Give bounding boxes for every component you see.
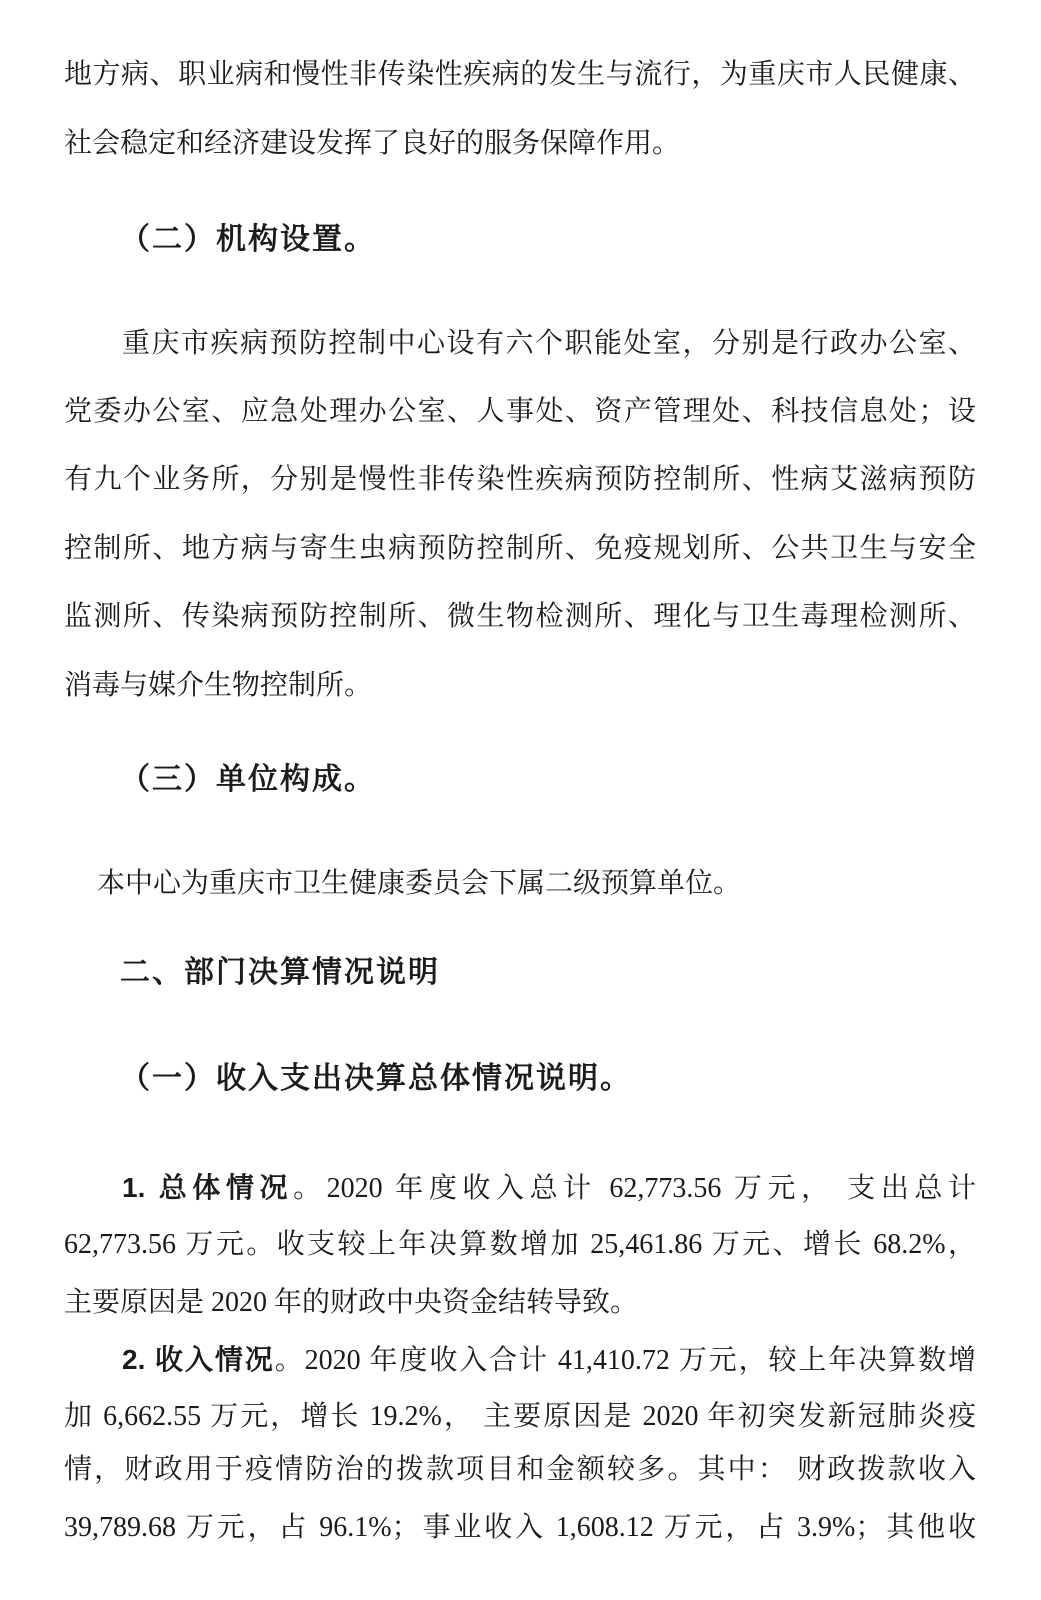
para-revenue-line: 加 6,662.55 万元，增长 19.2%， 主要原因是 2020 年初突发新…	[64, 1399, 976, 1435]
para-overall-line: 主要原因是 2020 年的财政中央资金结转导致。	[64, 1285, 976, 1321]
para-revenue-line: 情，财政用于疫情防治的拨款项目和金额较多。其中： 财政拨款收入	[64, 1452, 976, 1488]
para-org-line: 党委办公室、应急处理办公室、人事处、资产管理处、科技信息处；设	[64, 394, 976, 430]
para-revenue-line: 2. 收入情况。2020 年度收入合计 41,410.72 万元，较上年决算数增	[64, 1342, 976, 1379]
para-org-line: 有九个业务所，分别是慢性非传染性疾病预防控制所、性病艾滋病预防	[64, 462, 976, 498]
heading-org-setup: （二）机构设置。	[64, 222, 976, 258]
overall-situation-label: 1. 总体情况	[122, 1172, 293, 1203]
document-page: 地方病、职业病和慢性非传染性疾病的发生与流行，为重庆市人民健康、 社会稳定和经济…	[0, 0, 1041, 1600]
para-org-line: 消毒与媒介生物控制所。	[64, 668, 976, 704]
para-overall-line: 62,773.56 万元。收支较上年决算数增加 25,461.86 万元、增长 …	[64, 1227, 976, 1263]
heading-revenue-expenditure-overview: （一）收入支出决算总体情况说明。	[64, 1061, 976, 1097]
para-revenue-line: 39,789.68 万元，占 96.1%；事业收入 1,608.12 万元，占 …	[64, 1510, 976, 1546]
para-intro-line: 地方病、职业病和慢性非传染性疾病的发生与流行，为重庆市人民健康、	[64, 57, 976, 93]
revenue-situation-text: 。2020 年度收入合计 41,410.72 万元，较上年决算数增	[275, 1345, 976, 1376]
para-org-line: 监测所、传染病预防控制所、微生物检测所、理化与卫生毒理检测所、	[64, 599, 976, 635]
para-intro-line: 社会稳定和经济建设发挥了良好的服务保障作用。	[64, 126, 976, 162]
para-org-line: 重庆市疾病预防控制中心设有六个职能处室，分别是行政办公室、	[64, 326, 976, 362]
para-org-line: 控制所、地方病与寄生虫病预防控制所、免疫规划所、公共卫生与安全	[64, 531, 976, 567]
para-overall-line: 1. 总体情况。2020 年度收入总计 62,773.56 万元， 支出总计	[64, 1170, 976, 1207]
revenue-situation-label: 2. 收入情况	[122, 1344, 275, 1375]
para-unit-line: 本中心为重庆市卫生健康委员会下属二级预算单位。	[64, 866, 976, 902]
overall-situation-text: 。2020 年度收入总计 62,773.56 万元， 支出总计	[293, 1173, 976, 1204]
heading-budget-statement: 二、部门决算情况说明	[64, 955, 976, 991]
heading-unit-composition: （三）单位构成。	[64, 762, 976, 798]
